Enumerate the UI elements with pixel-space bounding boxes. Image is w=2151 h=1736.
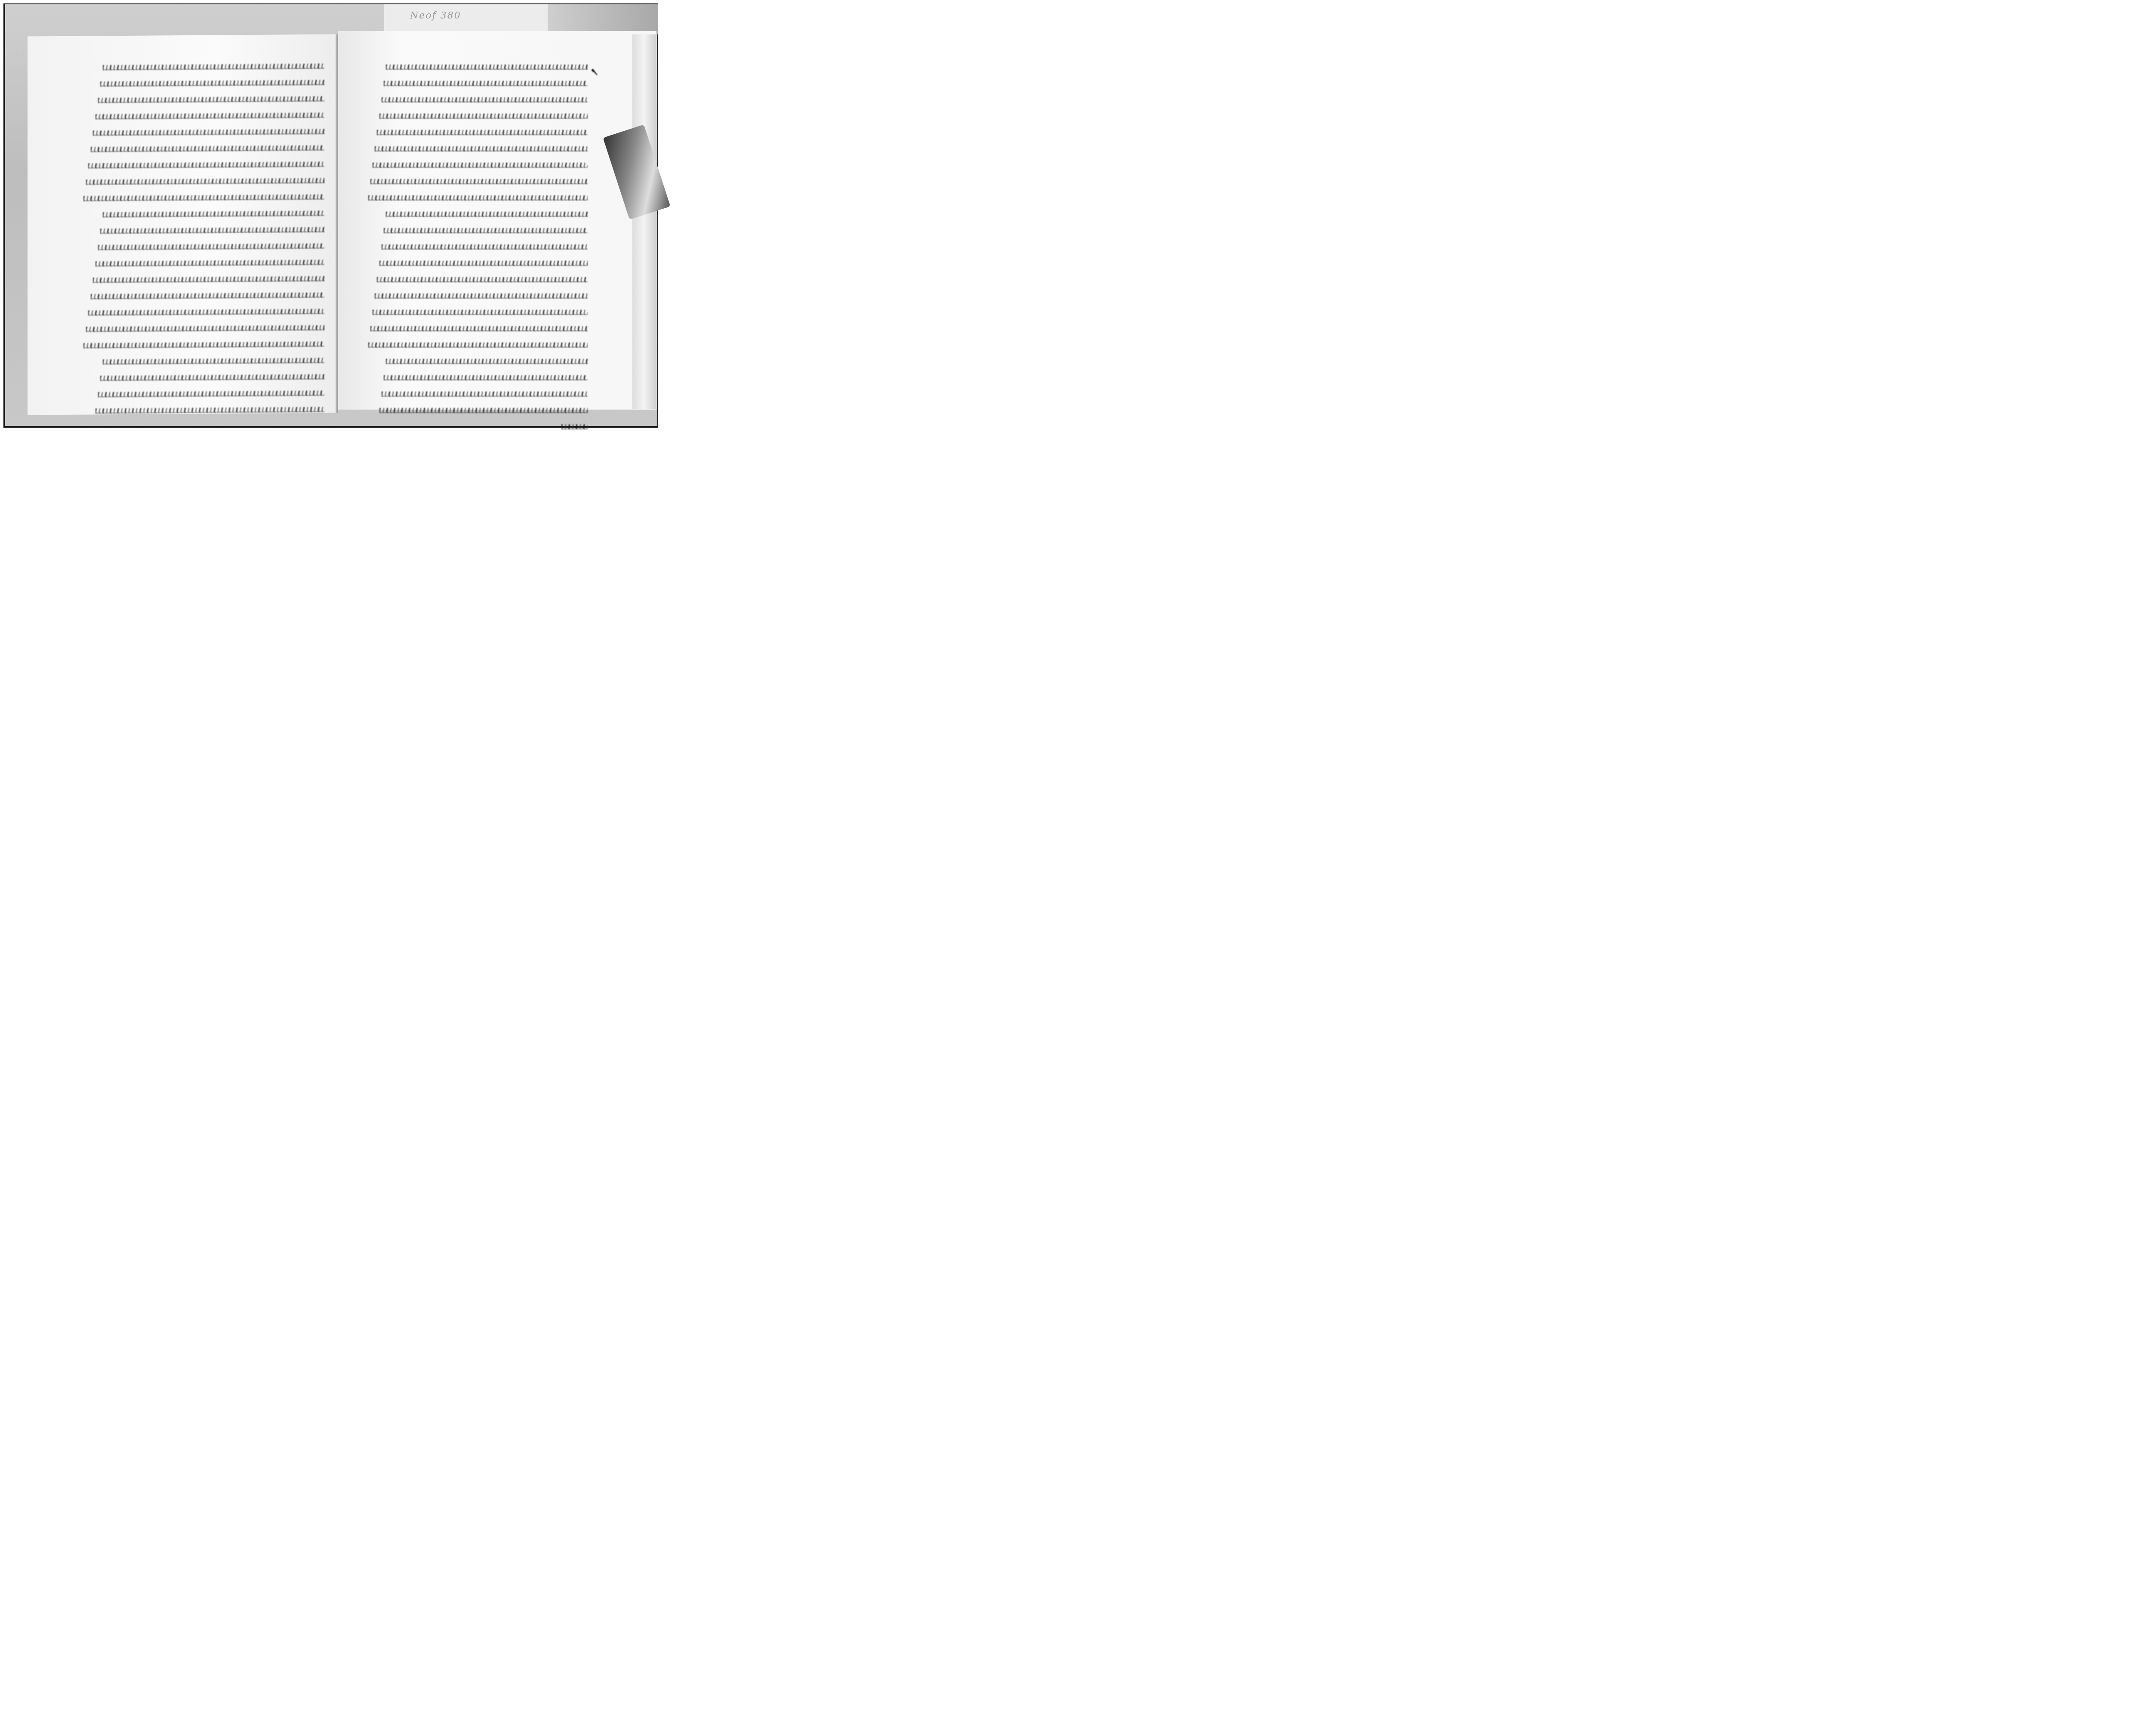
- text-line: [96, 260, 324, 267]
- text-line: [88, 162, 324, 169]
- text-line: [377, 277, 588, 282]
- text-line: [384, 375, 588, 380]
- left-page: [28, 34, 337, 415]
- text-line: [91, 293, 324, 299]
- shelfmark-label: Neof 380: [384, 4, 548, 34]
- text-line: [379, 114, 588, 119]
- text-line: [93, 276, 324, 283]
- text-line: [386, 65, 588, 70]
- text-line: [375, 293, 588, 299]
- text-line: [561, 424, 588, 429]
- text-line: [96, 113, 324, 120]
- left-page-text: [83, 64, 324, 425]
- text-line: [375, 146, 588, 151]
- text-line: [83, 342, 324, 348]
- text-line: [98, 96, 324, 103]
- text-line: [382, 244, 588, 250]
- text-line: [384, 228, 588, 233]
- text-line: [384, 81, 588, 86]
- text-line: [100, 374, 324, 381]
- text-line: [98, 244, 324, 250]
- text-line: [382, 392, 588, 397]
- text-line: [86, 325, 324, 332]
- text-line: [370, 179, 588, 184]
- text-line: [368, 195, 588, 200]
- text-line: [370, 326, 588, 331]
- text-line: [103, 211, 324, 218]
- text-line: [100, 227, 324, 234]
- text-line: [103, 64, 324, 71]
- right-page-text: [368, 65, 588, 431]
- text-line: [386, 359, 588, 364]
- text-line: [103, 358, 324, 365]
- text-line: [373, 310, 588, 315]
- text-line: [98, 391, 324, 398]
- text-line: [83, 194, 324, 201]
- text-line: [373, 163, 588, 168]
- page-stack-edge: [632, 34, 656, 409]
- text-line: [379, 408, 588, 413]
- text-line: [96, 407, 324, 414]
- text-line: [100, 80, 324, 87]
- shadow-edge: [546, 4, 658, 34]
- text-line: [386, 212, 588, 217]
- text-line: [93, 129, 324, 136]
- text-line: [379, 261, 588, 266]
- text-line: [368, 342, 588, 348]
- text-line: [91, 145, 324, 152]
- text-line: [86, 178, 324, 185]
- text-line: [88, 309, 324, 316]
- right-page: ܢ: [338, 31, 656, 410]
- text-line: [377, 130, 588, 135]
- text-line: [382, 97, 588, 102]
- page-number: ܢ: [591, 62, 597, 75]
